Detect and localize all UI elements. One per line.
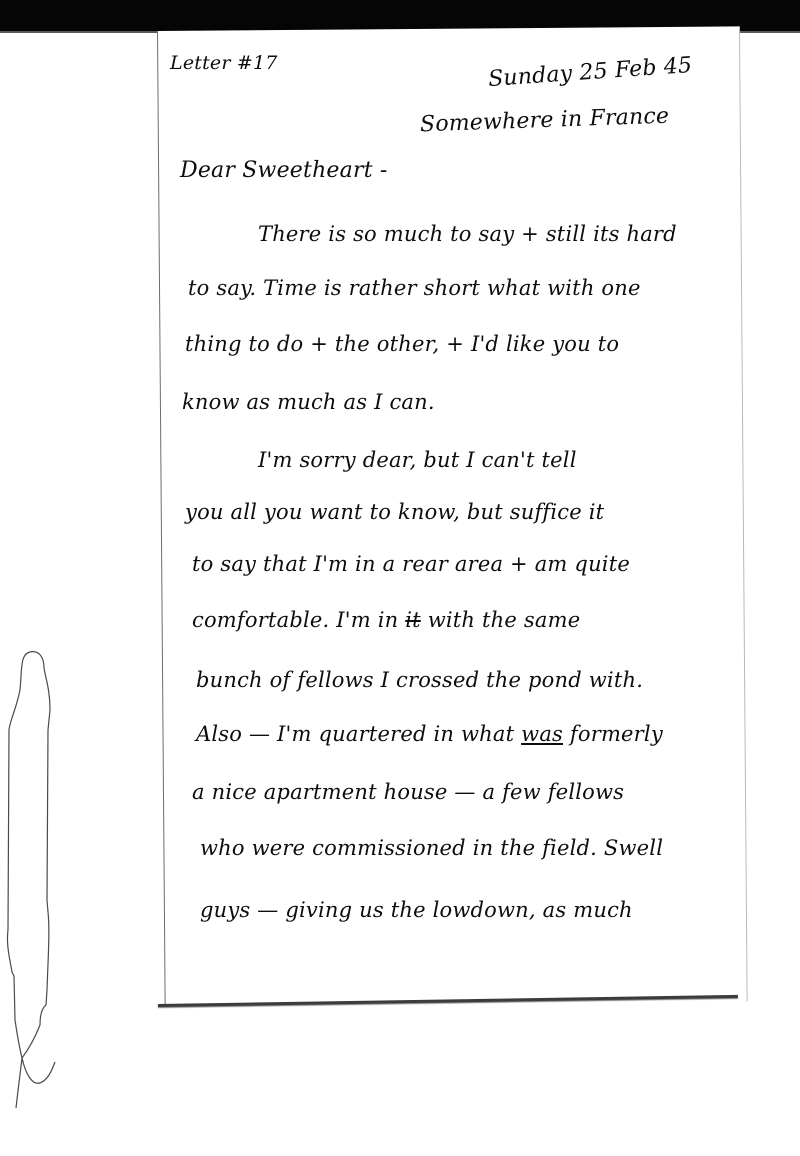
body-line-4: know as much as I can. <box>182 390 435 414</box>
body-line-1: There is so much to say + still its hard <box>258 222 677 246</box>
body-line-12: who were commissioned in the field. Swel… <box>200 836 663 860</box>
body-line-9: bunch of fellows I crossed the pond with… <box>196 668 643 692</box>
scan-top-band-right <box>738 0 800 28</box>
margin-loop-sketch-icon <box>0 630 70 1110</box>
body-line-8-end: with the same <box>421 608 581 632</box>
body-line-8-start: comfortable. I'm in <box>192 608 405 632</box>
body-line-6: you all you want to know, but suffice it <box>185 500 604 524</box>
body-line-10: Also — I'm quartered in what was formerl… <box>196 722 663 746</box>
body-line-5: I'm sorry dear, but I can't tell <box>258 448 577 472</box>
underlined-word: was <box>521 722 563 746</box>
body-line-10-end: formerly <box>563 722 663 746</box>
body-line-2: to say. Time is rather short what with o… <box>188 276 641 300</box>
body-line-3: thing to do + the other, + I'd like you … <box>185 332 619 356</box>
body-line-11: a nice apartment house — a few fellows <box>192 780 624 804</box>
body-line-13: guys — giving us the lowdown, as much <box>200 898 633 922</box>
body-line-7: to say that I'm in a rear area + am quit… <box>192 552 630 576</box>
body-line-10-start: Also — I'm quartered in what <box>196 722 521 746</box>
letter-number: Letter #17 <box>170 52 278 74</box>
struck-word: it <box>405 608 421 632</box>
body-line-8: comfortable. I'm in it with the same <box>192 608 580 632</box>
salutation: Dear Sweetheart - <box>180 158 388 183</box>
